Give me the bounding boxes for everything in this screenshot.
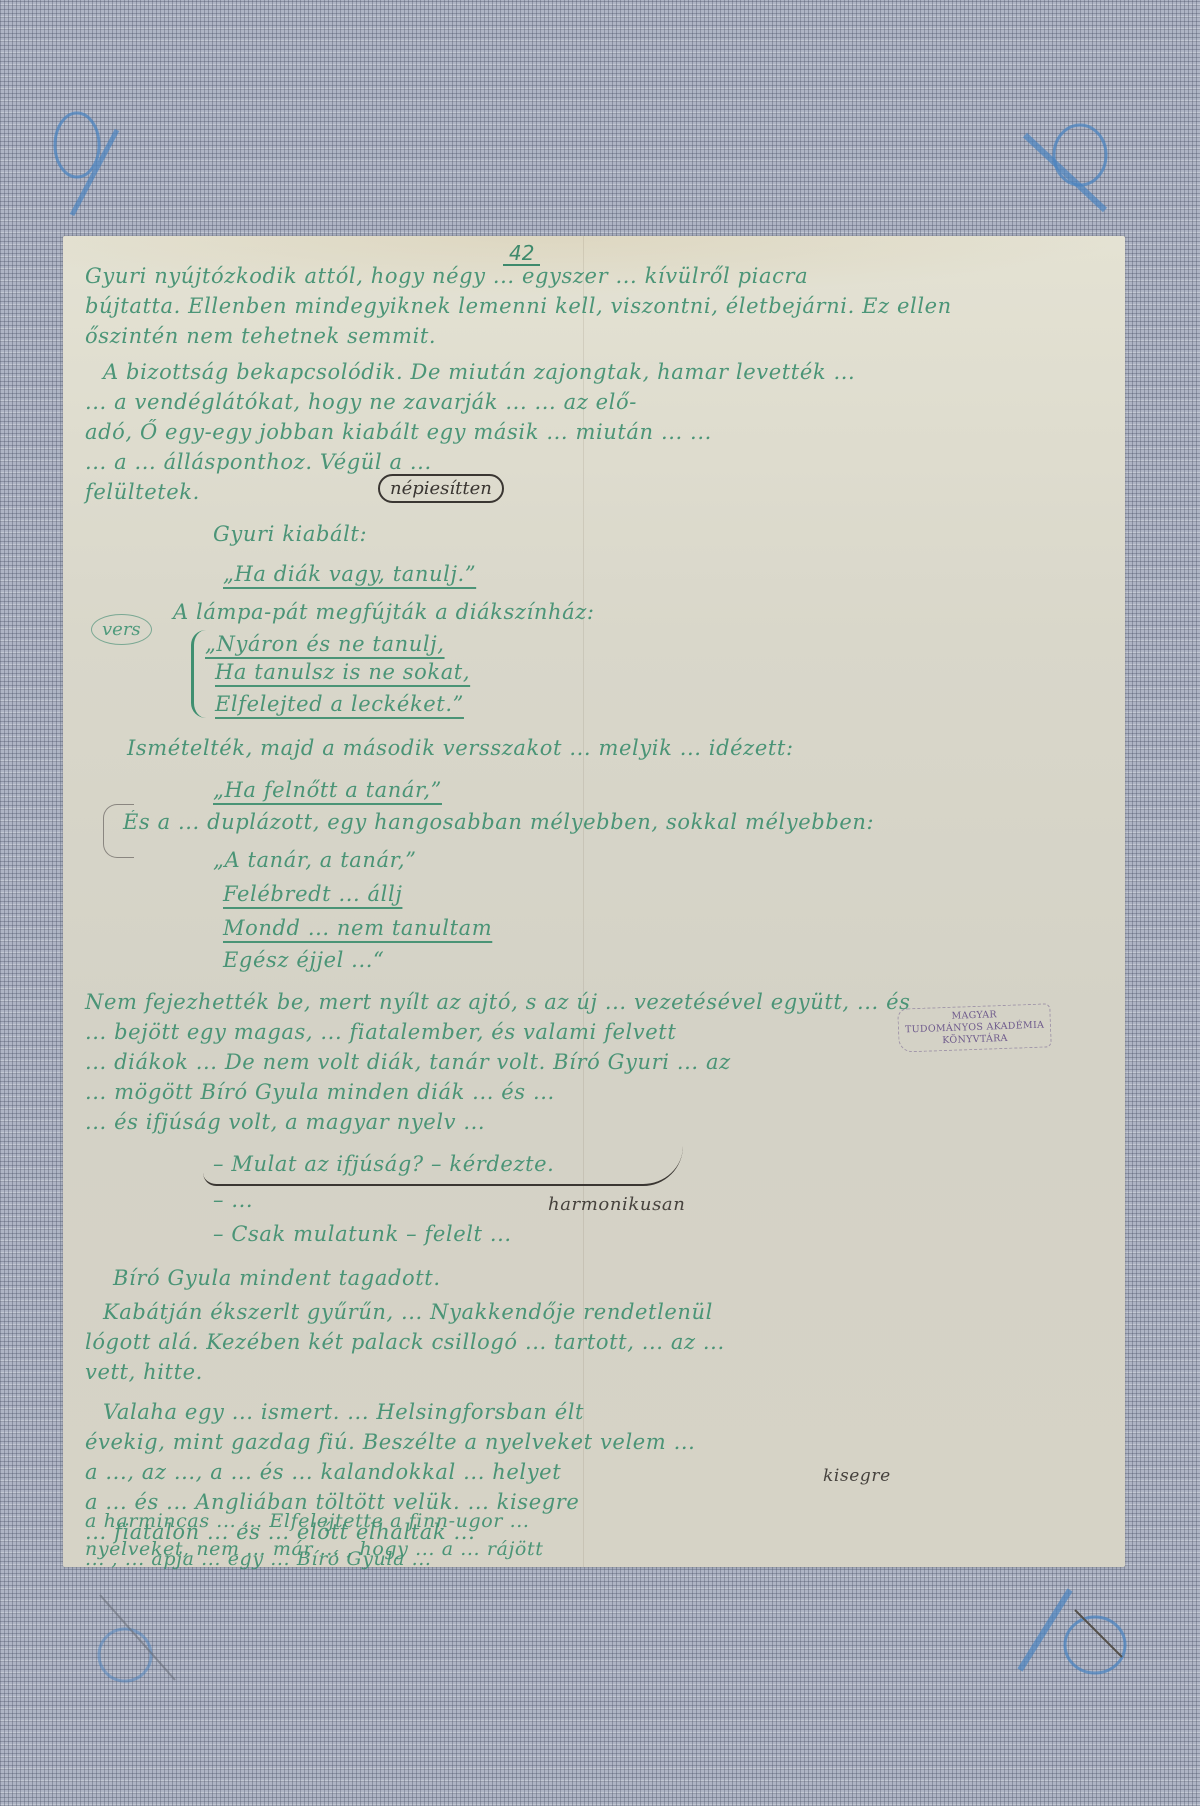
text-line: És a ... duplázott, egy hangosabban mély…: [123, 810, 874, 834]
page-number: 42: [503, 242, 540, 266]
text-line: ... és ifjúság volt, a magyar nyelv ...: [85, 1110, 485, 1134]
manuscript-page: 42 Gyuri nyújtózkodik attól, hogy négy .…: [63, 236, 1125, 1567]
verse-bracket: [191, 630, 206, 718]
text-line: ... mögött Bíró Gyula minden diák ... és…: [85, 1080, 555, 1104]
quote-line: „Ha diák vagy, tanulj.”: [223, 562, 476, 586]
text-line: A bizottság bekapcsolódik. De miután zaj…: [103, 360, 855, 384]
dialogue-line: – Csak mulatunk – felelt ...: [213, 1222, 512, 1246]
verse-line: Ha tanulsz is ne sokat,: [215, 660, 470, 684]
verse-line: Egész éjjel ...“: [223, 948, 384, 972]
text-line: ... a vendéglátókat, hogy ne zavarják ..…: [85, 390, 637, 414]
text-line: ... diákok ... De nem volt diák, tanár v…: [85, 1050, 731, 1074]
margin-note-vers: vers: [91, 614, 152, 645]
quote-line: „Ha felnőtt a tanár,”: [213, 778, 442, 802]
text-line: A lámpa-pát megfújták a diákszínház:: [173, 600, 595, 624]
verse-line: „A tanár, a tanár,”: [213, 848, 417, 872]
text-line: bújtatta. Ellenben mindegyiknek lemenni …: [85, 294, 952, 318]
verse-line: Felébredt ... állj: [223, 882, 402, 906]
pencil-insert-dialogue: harmonikusan: [548, 1194, 685, 1215]
text-line: ... a ... állásponthoz. Végül a ...: [85, 450, 432, 474]
text-line: Gyuri nyújtózkodik attól, hogy négy ... …: [85, 264, 808, 288]
speaker-line: Gyuri kiabált:: [213, 522, 367, 546]
dialogue-line: – ...: [213, 1188, 253, 1212]
text-line: őszintén nem tehetnek semmit.: [85, 324, 436, 348]
verse-line: Mondd ... nem tanultam: [223, 916, 492, 940]
text-line: lógott alá. Kezében két palack csillogó …: [85, 1330, 725, 1354]
pencil-circle-dialogue: [203, 1146, 683, 1186]
corner-mark-top-right: [1010, 110, 1120, 220]
text-line: Nem fejezhették be, mert nyílt az ajtó, …: [85, 990, 910, 1014]
text-line: nyelveket, nem ... már ... , hogy ... a …: [85, 1538, 543, 1560]
text-line: a harmincas ... ... Elfelejtette a finn-…: [85, 1510, 530, 1532]
corner-mark-bottom-left: [80, 1585, 190, 1705]
library-stamp: MAGYAR TUDOMÁNYOS AKADÉMIA KÖNYVTÁRA: [897, 1003, 1052, 1052]
text-line: évekig, mint gazdag fiú. Beszélte a nyel…: [85, 1430, 695, 1454]
verse-line: Elfelejted a leckéket.”: [215, 692, 464, 716]
text-line: Bíró Gyula mindent tagadott.: [113, 1266, 441, 1290]
text-line: adó, Ő egy-egy jobban kiabált egy másik …: [85, 420, 712, 444]
corner-mark-top-left: [42, 100, 132, 220]
text-line: Ismételték, majd a második versszakot ..…: [127, 736, 794, 760]
pencil-insert-para4: kisegre: [823, 1466, 891, 1486]
corner-mark-bottom-right: [1010, 1585, 1140, 1695]
verse-line: „Nyáron és ne tanulj,: [205, 632, 445, 656]
text-line: vett, hitte.: [85, 1360, 203, 1384]
pencil-insert-nepiesitten: népiesítten: [378, 474, 504, 503]
text-line: felültetek.: [85, 480, 200, 504]
text-line: a ..., az ..., a ... és ... kalandokkal …: [85, 1460, 561, 1484]
text-line: Kabátján ékszerlt gyűrűn, ... Nyakkendőj…: [103, 1300, 713, 1324]
text-line: ... bejött egy magas, ... fiatalember, é…: [85, 1020, 676, 1044]
text-line: Valaha egy ... ismert. ... Helsingforsba…: [103, 1400, 584, 1424]
